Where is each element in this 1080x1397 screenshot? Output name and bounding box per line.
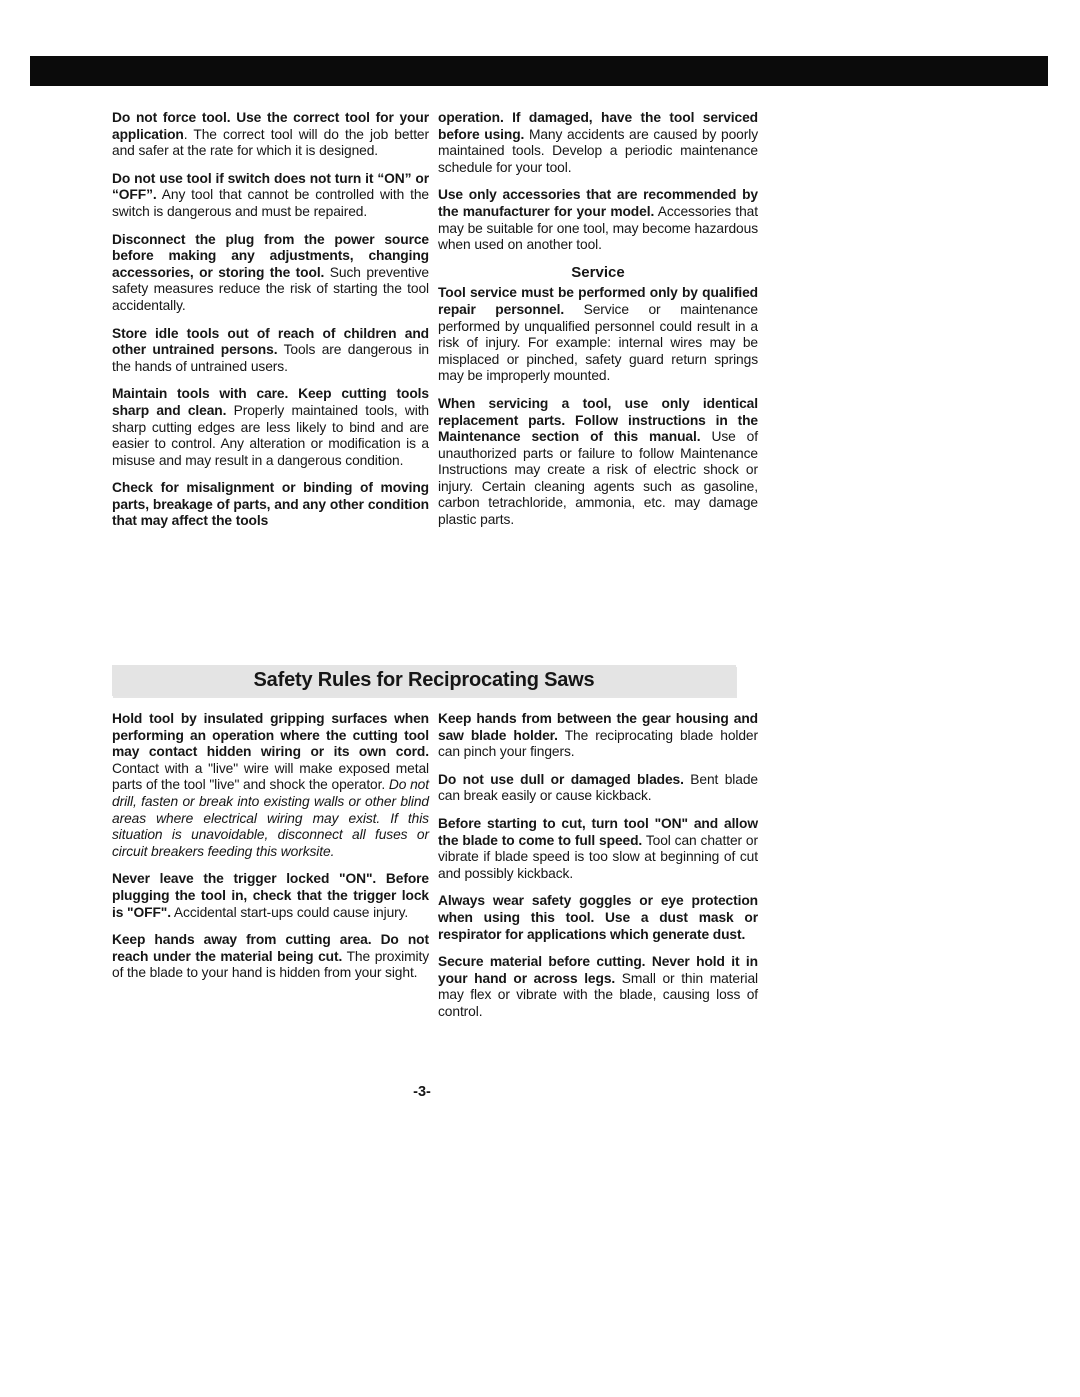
paragraph: Always wear safety goggles or eye protec… <box>438 893 758 943</box>
text-segment: Contact with a "live" wire will make exp… <box>112 761 429 793</box>
paragraph: Hold tool by insulated gripping surfaces… <box>112 711 429 860</box>
paragraph: operation. If damaged, have the tool ser… <box>438 110 758 176</box>
paragraph: Maintain tools with care. Keep cutting t… <box>112 386 429 469</box>
text-segment: Hold tool by insulated gripping surfaces… <box>112 711 429 759</box>
paragraph: Never leave the trigger locked "ON". Bef… <box>112 871 429 921</box>
text-segment: Always wear safety goggles or eye protec… <box>438 893 758 941</box>
reciprocating-left-column: Hold tool by insulated gripping surfaces… <box>112 711 429 1032</box>
paragraph: Check for misalignment or binding of mov… <box>112 480 429 530</box>
service-heading: Service <box>438 265 758 282</box>
manual-page: Do not force tool. Use the correct tool … <box>0 0 1080 1397</box>
paragraph: Tool service must be performed only by q… <box>438 285 758 385</box>
page-number: -3- <box>112 1084 732 1100</box>
text-segment: Do not use dull or damaged blades. <box>438 772 684 787</box>
paragraph: When servicing a tool, use only identica… <box>438 396 758 529</box>
paragraph: Before starting to cut, turn tool "ON" a… <box>438 816 758 882</box>
section-title-bar: Safety Rules for Reciprocating Saws <box>112 665 736 696</box>
paragraph: Do not use tool if switch does not turn … <box>112 171 429 221</box>
section-title: Safety Rules for Reciprocating Saws <box>254 669 595 691</box>
general-safety-right-column: operation. If damaged, have the tool ser… <box>438 110 758 541</box>
general-safety-section: Do not force tool. Use the correct tool … <box>112 110 758 541</box>
reciprocating-saw-section: Hold tool by insulated gripping surfaces… <box>112 711 758 1032</box>
paragraph: Keep hands from between the gear housing… <box>438 711 758 761</box>
paragraph: Use only accessories that are recommende… <box>438 187 758 253</box>
paragraph: Keep hands away from cutting area. Do no… <box>112 932 429 982</box>
paragraph: Do not force tool. Use the correct tool … <box>112 110 429 160</box>
paragraph: Disconnect the plug from the power sourc… <box>112 232 429 315</box>
general-safety-left-column: Do not force tool. Use the correct tool … <box>112 110 429 541</box>
scan-artifact-bar <box>30 56 1048 86</box>
paragraph: Secure material before cutting. Never ho… <box>438 954 758 1020</box>
paragraph: Store idle tools out of reach of childre… <box>112 326 429 376</box>
text-segment: Accidental start-ups could cause injury. <box>171 905 408 920</box>
paragraph: Do not use dull or damaged blades. Bent … <box>438 772 758 805</box>
reciprocating-right-column: Keep hands from between the gear housing… <box>438 711 758 1032</box>
text-segment: Check for misalignment or binding of mov… <box>112 480 429 528</box>
text-segment: Any tool that cannot be controlled with … <box>112 187 429 219</box>
